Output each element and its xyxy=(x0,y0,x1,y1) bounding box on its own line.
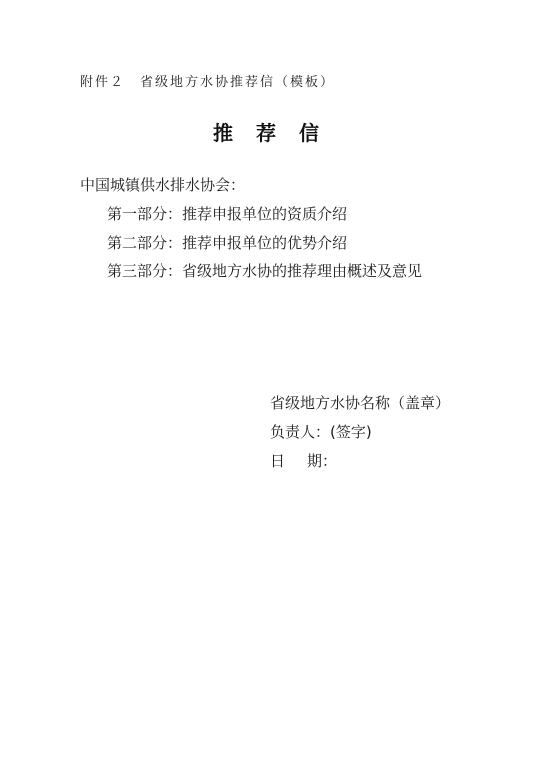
salutation: 中国城镇供水排水协会： xyxy=(80,174,245,195)
signature-org-name: 省级地方水协名称（盖章） xyxy=(270,392,450,413)
part-three: 第三部分：省级地方水协的推荐理由概述及意见 xyxy=(107,260,422,281)
attachment-label: 附件２ 省级地方水协推荐信（模板） xyxy=(80,71,335,90)
signature-date: 日期： xyxy=(270,450,337,471)
part-two: 第二部分：推荐申报单位的优势介绍 xyxy=(107,232,347,253)
part-one: 第一部分：推荐申报单位的资质介绍 xyxy=(107,203,347,224)
date-label-part1: 日 xyxy=(270,452,285,470)
signature-responsible-person: 负责人：(签字) xyxy=(270,421,372,442)
document-title: 推 荐 信 xyxy=(0,117,540,146)
date-label-part2: 期： xyxy=(307,452,337,470)
